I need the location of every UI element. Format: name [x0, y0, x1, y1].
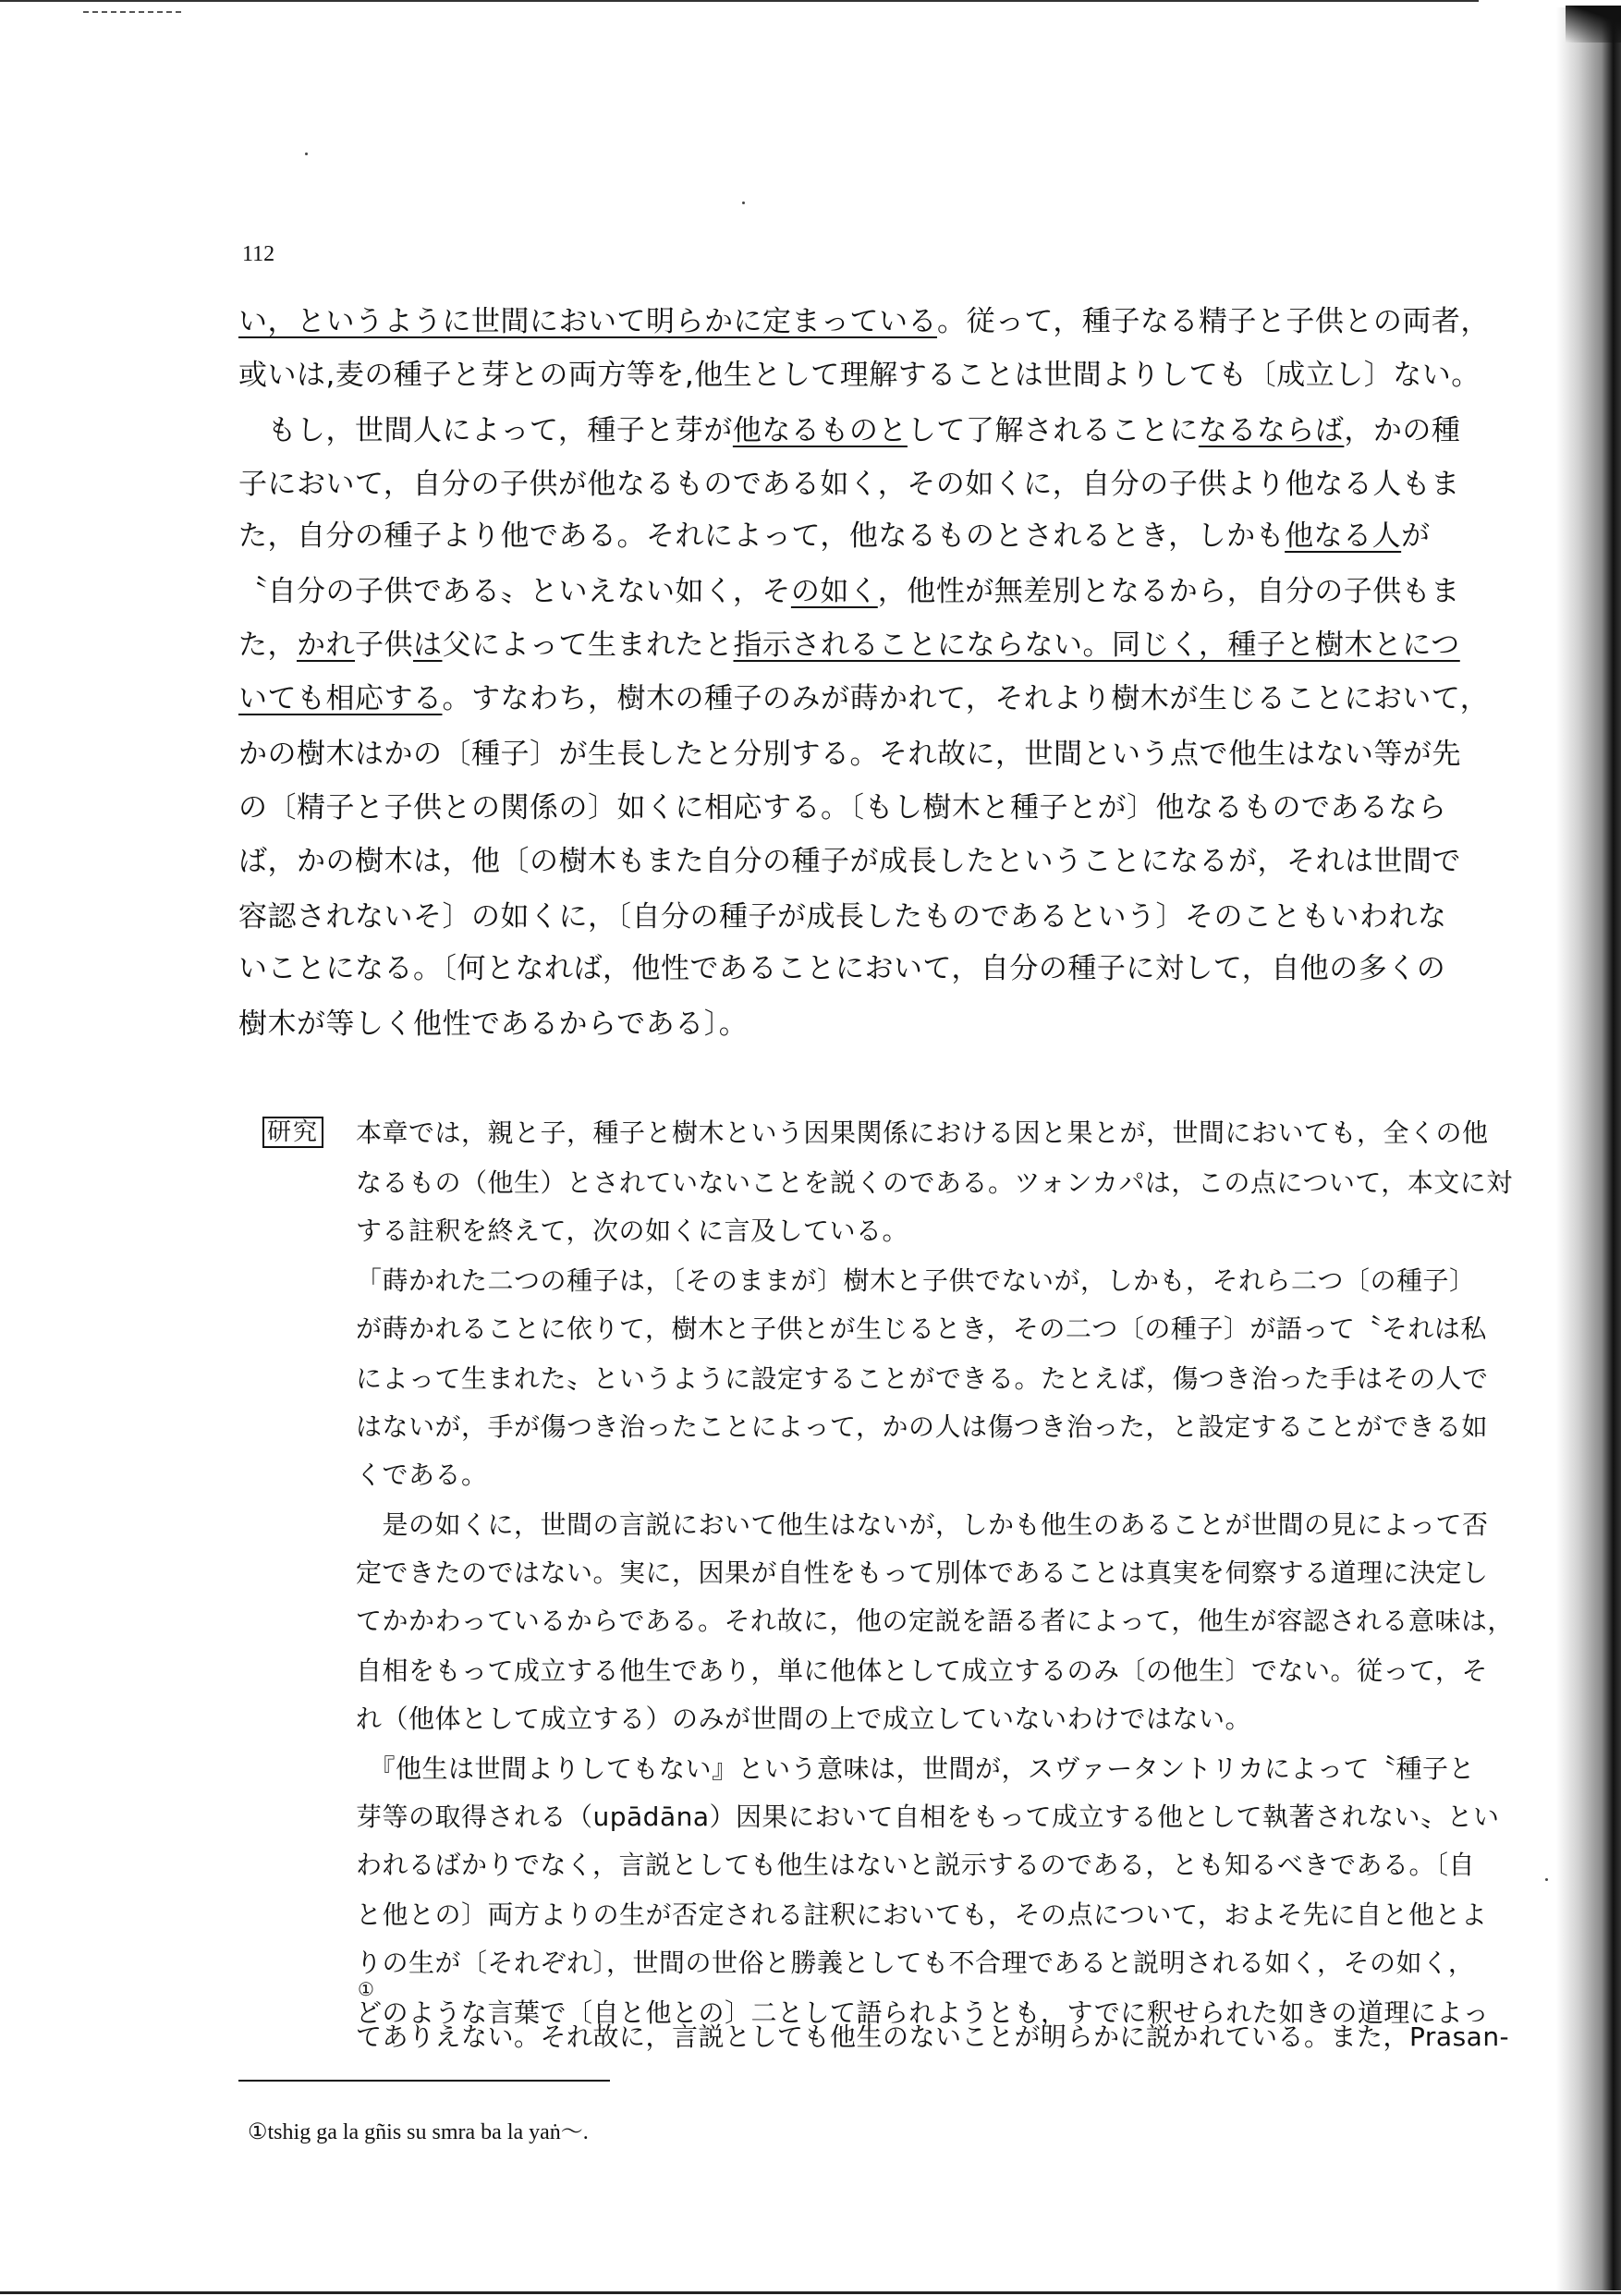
underlined-phrase: かれ [297, 629, 355, 662]
text-segment: 樹木が等しく他性であるからである〕。 [238, 1008, 748, 1041]
text-segment: 〝自分の子供である〟といえない如く，そ [238, 575, 791, 608]
underlined-phrase: 他なるものと [733, 414, 908, 447]
text-segment: かの樹木はかの〔種子〕が生長したと分別する。それ故に，世間という点で他生はない等… [238, 738, 1461, 771]
scan-corner-shadow [1566, 6, 1621, 43]
text-segment: の〔精子と子供との関係の〕如くに相応する。〔もし樹木と種子とが〕他なるものである… [238, 791, 1447, 824]
study-text-line: と他との〕両方よりの生が否定される註釈においても，その点について，およそ先に自と… [356, 1899, 1487, 1932]
study-text-line: てかかわっているからである。それ故に，他の定説を語る者によって，他生が容認される… [356, 1605, 1514, 1638]
underlined-phrase: 指示されることにならない。同じく，種子と樹木とにつ [734, 629, 1460, 662]
footnote-divider [238, 2080, 610, 2082]
study-text-line: する註釈を終えて，次の如くに言及している。 [356, 1215, 908, 1248]
scan-speck [1545, 1878, 1548, 1881]
underlined-phrase: は [413, 629, 443, 662]
scan-edge-bottom [0, 2291, 1621, 2294]
text-line: た，自分の種子より他である。それによって，他なるものとされるとき，しかも他なる人… [238, 519, 1431, 553]
text-segment: が [1401, 519, 1431, 553]
text-line: い，というように世間において明らかに定まっている。従って，種子なる精子と子供との… [238, 305, 1490, 338]
study-text-line: われるばかりでなく，言説としても他生はないと説示するのである，とも知るべきである… [356, 1849, 1475, 1882]
text-segment: もし，世間人によって，種子と芽が [238, 414, 733, 447]
text-line: た，かれ子供は父によって生まれたと指示されることにならない。同じく，種子と樹木と… [238, 629, 1460, 662]
text-segment: 。従って，種子なる精子と子供との両者， [937, 305, 1490, 338]
text-line: いても相応する。すなわち，樹木の種子のみが蒔かれて，それより樹木が生じることにお… [238, 682, 1489, 715]
study-text-line: 芽等の取得される（upādāna）因果において自相をもって成立する他として執著さ… [356, 1801, 1500, 1834]
text-line: ば，かの樹木は，他〔の樹木もまた自分の種子が成長したということになるが，それは世… [238, 845, 1461, 878]
text-segment: 。すなわち，樹木の種子のみが蒔かれて，それより樹木が生じることにおいて， [443, 682, 1490, 715]
text-line: 樹木が等しく他性であるからである〕。 [238, 1008, 748, 1041]
study-text-line: りの生が〔それぞれ〕，世間の世俗と勝義としても不合理であると説明される如く，その… [356, 1947, 1474, 1980]
text-segment: 子において，自分の子供が他なるものである如く，その如くに，自分の子供より他なる人… [238, 468, 1460, 501]
text-segment: ，他性が無差別となるから，自分の子供もま [878, 575, 1460, 608]
study-text-line: が蒔かれることに依りて，樹木と子供とが生じるとき，その二つ〔の種子〕が語って〝そ… [356, 1313, 1487, 1346]
text-segment: た， [238, 629, 297, 662]
text-segment: して了解されることに [908, 414, 1199, 447]
study-text-line: 『他生は世間よりしてもない』という意味は，世間が，スヴァータントリカによって〝種… [356, 1753, 1475, 1786]
study-text-line: 「蒔かれた二つの種子は，〔そのままが〕樹木と子供でないが，しかも，それら二つ〔の… [356, 1264, 1476, 1298]
study-text-line: れ（他体として成立する）のみが世間の上で成立していないわけではない。 [356, 1703, 1251, 1736]
underlined-phrase: 他なる人 [1285, 519, 1401, 553]
text-segment: 容認されないそ〕の如くに，〔自分の種子が成長したものであるという〕そのこともいわ… [238, 900, 1447, 934]
underlined-phrase: い，というように世間において明らかに定まっている [238, 305, 937, 338]
study-text-line: はないが，手が傷つき治ったことによって，かの人は傷つき治った，と設定することがで… [356, 1411, 1488, 1444]
study-label-box: 研究 [262, 1117, 323, 1148]
text-line: 〝自分の子供である〟といえない如く，その如く，他性が無差別となるから，自分の子供… [238, 575, 1460, 608]
underlined-phrase: いても相応する [238, 682, 443, 715]
study-text-line: 自相をもって成立する他生であり，単に他体として成立するのみ〔の他生〕でない。従っ… [356, 1655, 1488, 1688]
text-line: いことになる。〔何となれば，他性であることにおいて，自分の種子に対して，自他の多… [238, 952, 1445, 985]
page-number: 112 [242, 242, 274, 267]
study-text-line: によって生まれた〟というように設定することができる。たとえば，傷つき治った手はそ… [356, 1362, 1489, 1396]
text-segment: た，自分の種子より他である。それによって，他なるものとされるとき，しかも [238, 519, 1285, 553]
text-segment: 或いは,麦の種子と芽との両方等を,他生として理解することは世間よりしても〔成立し… [238, 359, 1481, 392]
study-text-line: 定できたのではない。実に，因果が自性をもって別体であることは真実を伺察する道理に… [356, 1557, 1489, 1590]
text-segment: ば，かの樹木は，他〔の樹木もまた自分の種子が成長したということになるが，それは世… [238, 845, 1461, 878]
text-line: の〔精子と子供との関係の〕如くに相応する。〔もし樹木と種子とが〕他なるものである… [238, 791, 1447, 824]
study-text-line: くである。 [356, 1459, 488, 1492]
text-segment: いことになる。〔何となれば，他性であることにおいて，自分の種子に対して，自他の多… [238, 952, 1445, 985]
scan-speck [305, 153, 308, 155]
study-text-line: てありえない。それ故に，言説としても他生のないことが明らかに説かれている。また，… [356, 2021, 1509, 2054]
scan-speck [742, 202, 745, 204]
text-line: 容認されないそ〕の如くに，〔自分の種子が成長したものであるという〕そのこともいわ… [238, 900, 1447, 934]
underlined-phrase: の如く [791, 575, 878, 608]
text-segment: 子供 [355, 629, 413, 662]
footnote: ①tshig ga la gñis su smra ba la yaṅ〜. [248, 2113, 589, 2145]
text-segment: 父によって生まれたと [443, 629, 734, 662]
text-line: もし，世間人によって，種子と芽が他なるものとして了解されることになるならば，かの… [238, 414, 1460, 447]
underlined-phrase: なるならば [1199, 414, 1345, 447]
footnote-reference-marker: ① [358, 1978, 374, 2000]
scan-edge-right-shadow [1556, 7, 1621, 2290]
text-line: 或いは,麦の種子と芽との両方等を,他生として理解することは世間よりしても〔成立し… [238, 359, 1481, 392]
scan-artifact [83, 11, 185, 13]
study-text-line: 是の如くに，世間の言説において他生はないが，しかも他生のあることが世間の見によっ… [356, 1508, 1489, 1542]
study-text-line: 本章では，親と子，種子と樹木という因果関係における因と果とが，世間においても，全… [356, 1117, 1489, 1150]
scan-edge-top [0, 0, 1479, 2]
text-line: かの樹木はかの〔種子〕が生長したと分別する。それ故に，世間という点で他生はない等… [238, 738, 1461, 771]
study-text-line: なるもの（他生）とされていないことを説くのである。ツォンカパは，この点について，… [356, 1166, 1513, 1200]
text-line: 子において，自分の子供が他なるものである如く，その如くに，自分の子供より他なる人… [238, 468, 1460, 501]
text-segment: ，かの種 [1344, 414, 1460, 447]
